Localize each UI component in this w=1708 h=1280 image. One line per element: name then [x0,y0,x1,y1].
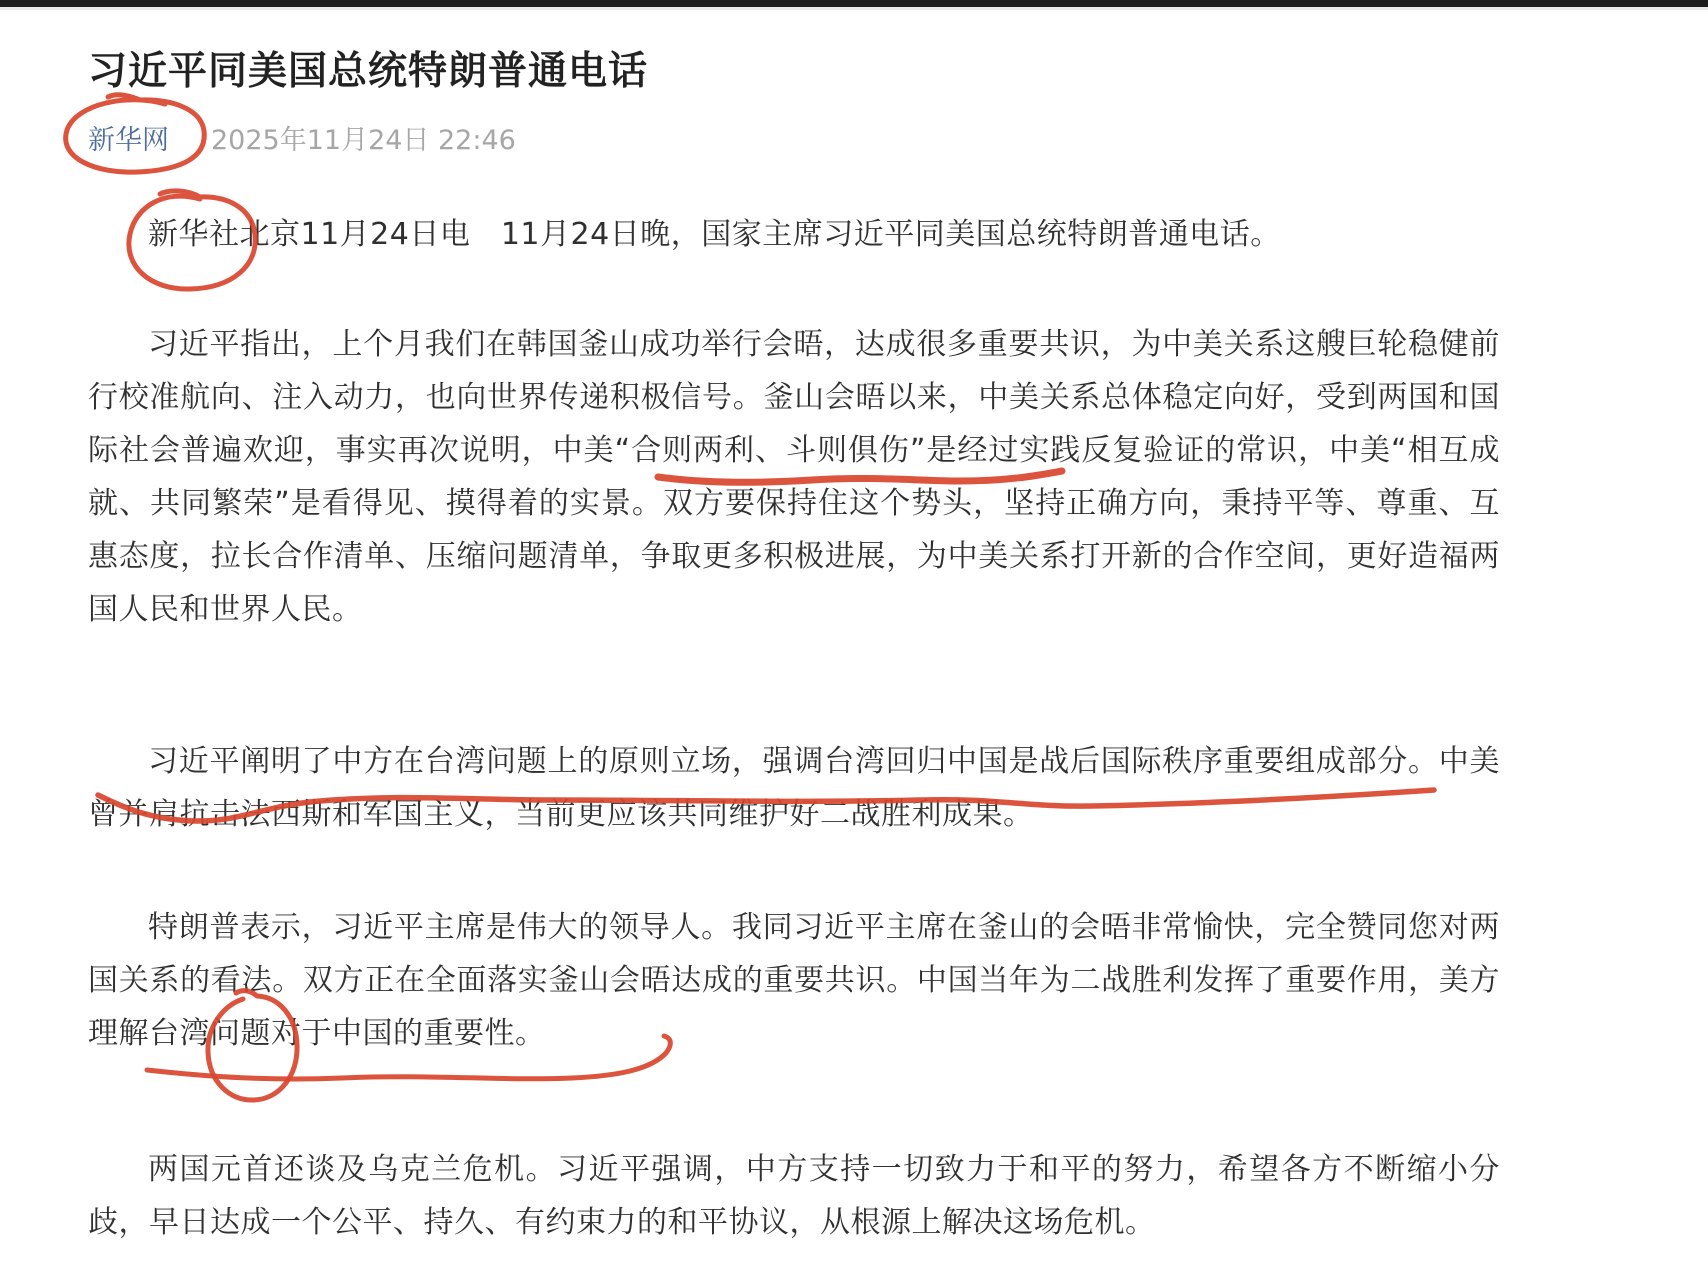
article-paragraph: 习近平阐明了中方在台湾问题上的原则立场，强调台湾回归中国是战后国际秩序重要组成部… [88,735,1500,841]
article-paragraph: 两国元首还谈及乌克兰危机。习近平强调，中方支持一切致力于和平的努力，希望各方不断… [88,1143,1500,1249]
article-paragraph: 新华社北京11月24日电 11月24日晚，国家主席习近平同美国总统特朗普通电话。 [88,208,1500,261]
article-title: 习近平同美国总统特朗普通电话 [88,40,1588,96]
window-top-edge-shadow [0,7,1708,10]
window-top-edge [0,0,1708,7]
article-meta: 新华网2025年11月24日 22:46 [88,118,516,157]
publish-datetime: 2025年11月24日 22:46 [211,125,516,156]
source-link[interactable]: 新华网 [88,125,169,156]
article-paragraph: 习近平指出，上个月我们在韩国釜山成功举行会晤，达成很多重要共识，为中美关系这艘巨… [88,318,1500,636]
handwritten-annotations [0,0,1708,1280]
article-paragraph: 特朗普表示，习近平主席是伟大的领导人。我同习近平主席在釜山的会晤非常愉快，完全赞… [88,901,1500,1060]
